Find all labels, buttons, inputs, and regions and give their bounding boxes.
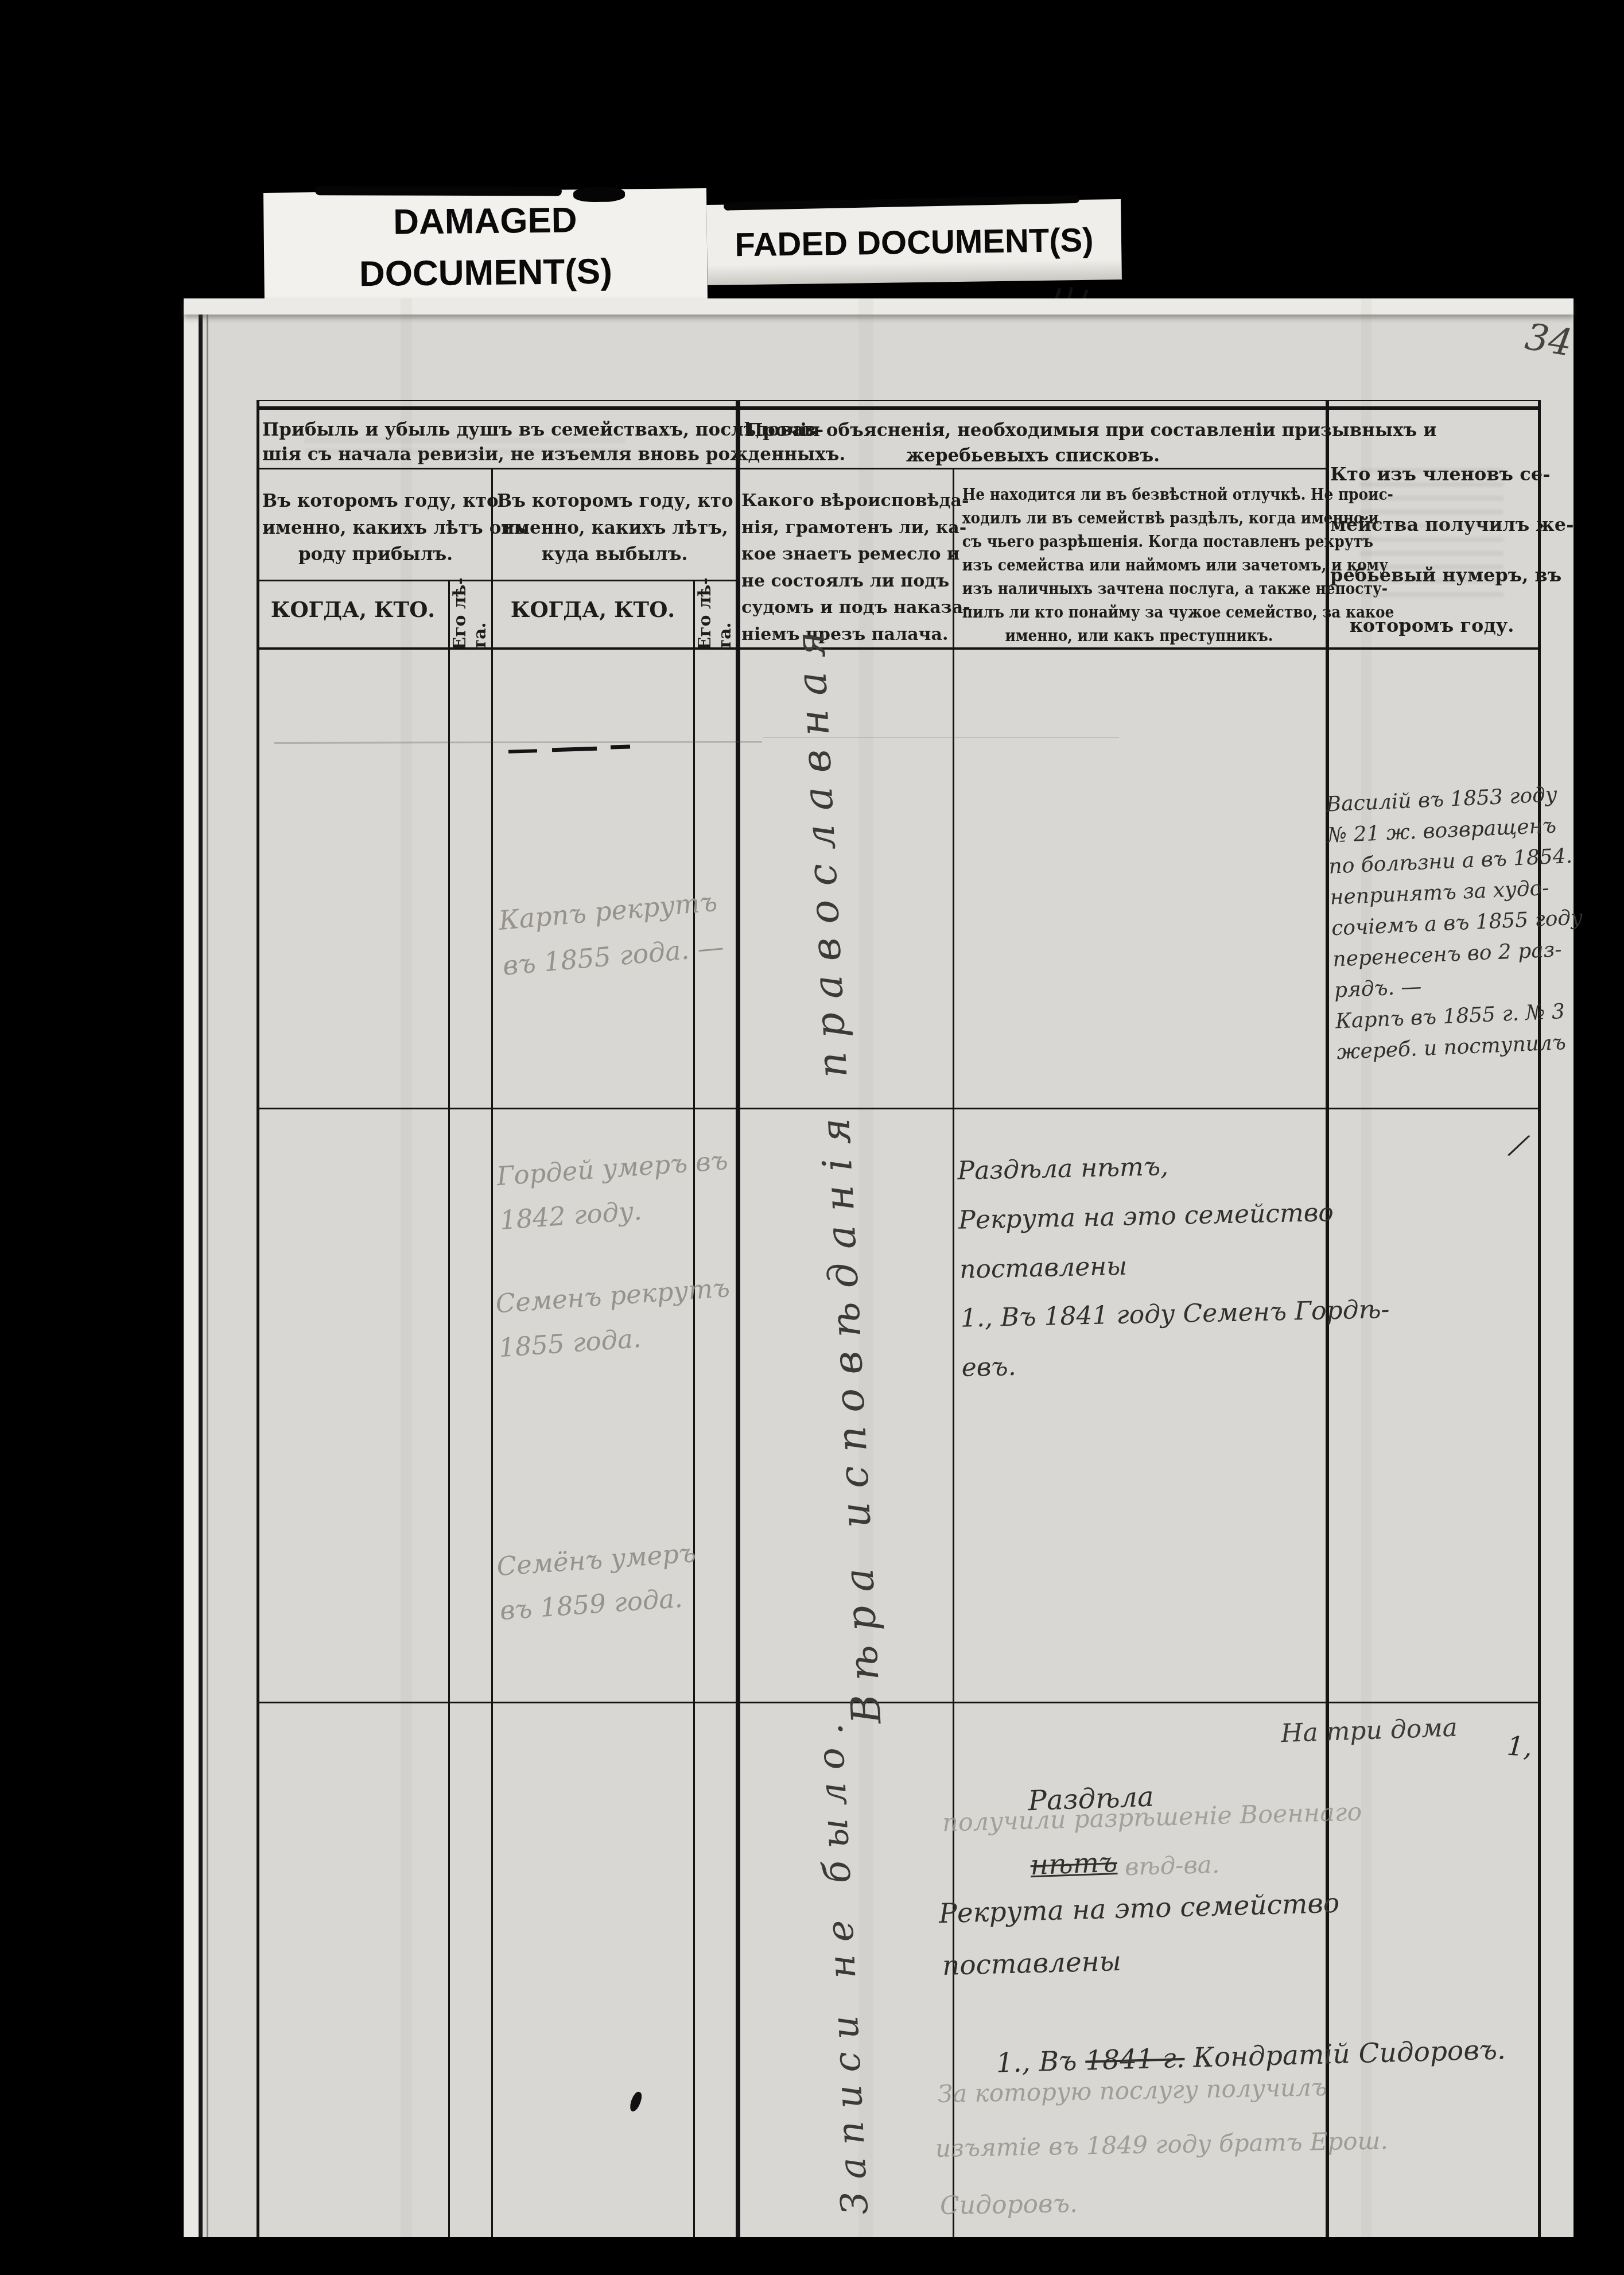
pencil-dash-marks: [552, 747, 597, 752]
table-border-top: [257, 406, 1538, 410]
row3-faded-line2: вѣд-ва.: [1124, 1850, 1219, 1881]
header-age-arrived: Его лѣ- та.: [449, 581, 491, 646]
row3-line4-post: Кондратій Сидоровъ.: [1184, 2034, 1506, 2074]
col-divider-arrived-departed: [491, 468, 493, 2237]
col-divider-age2: [693, 580, 695, 2237]
scanned-document-screen: DAMAGED DOCUMENT(S) FADED DOCUMENT(S) 34: [0, 0, 1624, 2275]
row3-faded-line5: Сидоровъ.: [940, 2189, 1078, 2220]
header-col-departed: Въ которомъ году, кто именно, какихъ лѣт…: [497, 488, 732, 568]
row2-explanation-note: Раздѣла нѣтъ, Рекрута на это семейство п…: [957, 1137, 1391, 1393]
col-divider-main-mid: [736, 400, 740, 2237]
document-page: 34 Прибыль и убыль душъ въ семействахъ, …: [184, 298, 1574, 2237]
header-group-explanations: Прочія объясненія, необходимыя при соста…: [746, 418, 1320, 468]
sticker-faded-document: FADED DOCUMENT(S): [706, 199, 1122, 285]
row1-departed-note: Карпъ рекрутъ въ 1855 года. —: [497, 879, 726, 988]
table-border-right: [1538, 400, 1541, 2237]
table-border-top-thin: [257, 400, 1538, 401]
row2-departed-note-3: Семёнъ умеръ въ 1859 года.: [495, 1531, 701, 1633]
row3-line4-pre: 1., Въ: [996, 2045, 1086, 2079]
bleedthrough-smudge: [1360, 459, 1503, 597]
pencil-rule: [274, 741, 762, 744]
row2-departed-note-1: Гордей умеръ въ 1842 году.: [495, 1139, 732, 1243]
pencil-dash-marks: [611, 744, 630, 749]
ink-blot: [628, 2090, 643, 2113]
table-border-left: [257, 400, 259, 2237]
row2-margin-mark: ⁄: [1514, 1129, 1524, 1164]
sticker-faded-label: FADED DOCUMENT(S): [735, 220, 1094, 264]
subheader-divider: [257, 580, 736, 581]
paper-fold-streak: [401, 298, 412, 2237]
row3-line4-struck-year: 1841 г.: [1085, 2043, 1186, 2077]
row3-line3: поставлены: [942, 1946, 1121, 1982]
row3-margin-mark: 1,: [1506, 1730, 1533, 1763]
row1-lottery-note: Василій въ 1853 году № 21 ж. возвращенъ …: [1326, 779, 1589, 1069]
header-age-departed: Его лѣ- та.: [694, 581, 736, 646]
row3-annotation: На три дома: [1280, 1713, 1458, 1749]
col-divider-age1: [448, 580, 450, 2237]
row3-faded-line4: изъятіе въ 1849 году братъ Ерош.: [935, 2126, 1389, 2163]
header-col-faith: Какого вѣроисповѣда- нія, грамотенъ ли, …: [741, 488, 948, 648]
scan-smear: [573, 187, 625, 202]
header-col-absence: Не находится ли въ безвѣстной отлучкѣ. Н…: [962, 483, 1316, 648]
page-number: 34: [1522, 316, 1575, 365]
pencil-dash-marks: [508, 749, 537, 754]
bleedthrough-smudge: [304, 432, 625, 455]
row2-departed-note-2: Семенъ рекрутъ 1855 года.: [494, 1266, 735, 1370]
diagonal-faith-note: Вѣра исповѣданія православная: [786, 616, 891, 1725]
header-when-who-departed: КОГДА, КТО.: [497, 597, 689, 622]
sticker-damaged-label: DAMAGED DOCUMENT(S): [359, 195, 613, 300]
scan-smear: [724, 195, 1079, 211]
page-edge-line: [207, 298, 208, 2237]
scan-smear: [315, 186, 562, 196]
header-col-arrived: Въ которомъ году, кто именно, какихъ лѣт…: [262, 488, 489, 568]
header-when-who-arrived: КОГДА, КТО.: [262, 597, 444, 622]
sticker-damaged-document: DAMAGED DOCUMENT(S): [263, 188, 708, 306]
page-binding-edge: [184, 298, 203, 2237]
row3-line1-struck: нѣтъ: [1030, 1846, 1118, 1881]
